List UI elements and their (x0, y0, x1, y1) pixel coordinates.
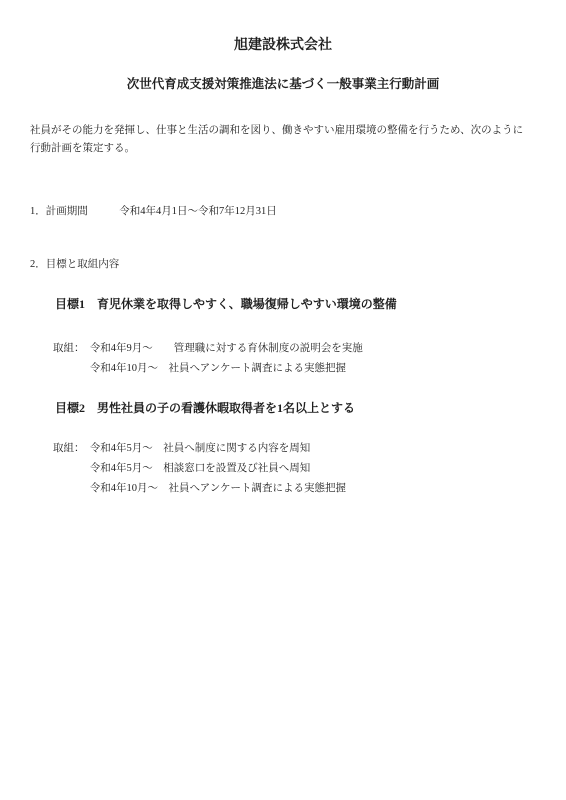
intro-line: 行動計画を策定する。 (30, 140, 538, 158)
goal-1-initiatives: 取組： 令和4年9月～ 管理職に対する育休制度の説明会を実施 令和4年10月～ … (53, 339, 566, 379)
goal-2-initiatives: 取組： 令和4年5月～ 社員へ制度に関する内容を周知 令和4年5月～ 相談窓口を… (53, 439, 566, 499)
goal-2-heading: 目標2 男性社員の子の看護休暇取得者を1名以上とする (55, 402, 566, 414)
initiative-line: 令和4年9月～ 管理職に対する育休制度の説明会を実施 (90, 339, 363, 359)
plan-period-line: 1．計画期間 令和4年4月1日～令和7年12月31日 (30, 206, 566, 217)
initiative-list: 令和4年9月～ 管理職に対する育休制度の説明会を実施 令和4年10月～ 社員へア… (90, 339, 363, 379)
initiative-line: 令和4年5月～ 相談窓口を設置及び社員へ周知 (90, 459, 346, 479)
intro-paragraph: 社員がその能力を発揮し、仕事と生活の調和を図り、働きやすい雇用環境の整備を行うた… (30, 122, 538, 158)
goal-1-heading: 目標1 育児休業を取得しやすく、職場復帰しやすい環境の整備 (55, 298, 566, 310)
company-name-title: 旭建設株式会社 (0, 39, 566, 53)
initiative-list: 令和4年5月～ 社員へ制度に関する内容を周知 令和4年5月～ 相談窓口を設置及び… (90, 439, 346, 499)
initiative-line: 令和4年10月～ 社員へアンケート調査による実態把握 (90, 359, 363, 379)
document-title: 次世代育成支援対策推進法に基づく一般事業主行動計画 (0, 78, 566, 91)
initiatives-label: 取組： (53, 339, 90, 379)
initiative-line: 令和4年5月～ 社員へ制度に関する内容を周知 (90, 439, 346, 459)
document-page: 旭建設株式会社 次世代育成支援対策推進法に基づく一般事業主行動計画 社員がその能… (0, 0, 566, 800)
initiative-line: 令和4年10月～ 社員へアンケート調査による実態把握 (90, 479, 346, 499)
intro-line: 社員がその能力を発揮し、仕事と生活の調和を図り、働きやすい雇用環境の整備を行うた… (30, 122, 538, 140)
goals-section-header: 2．目標と取組内容 (30, 259, 566, 270)
initiatives-label: 取組： (53, 439, 90, 499)
